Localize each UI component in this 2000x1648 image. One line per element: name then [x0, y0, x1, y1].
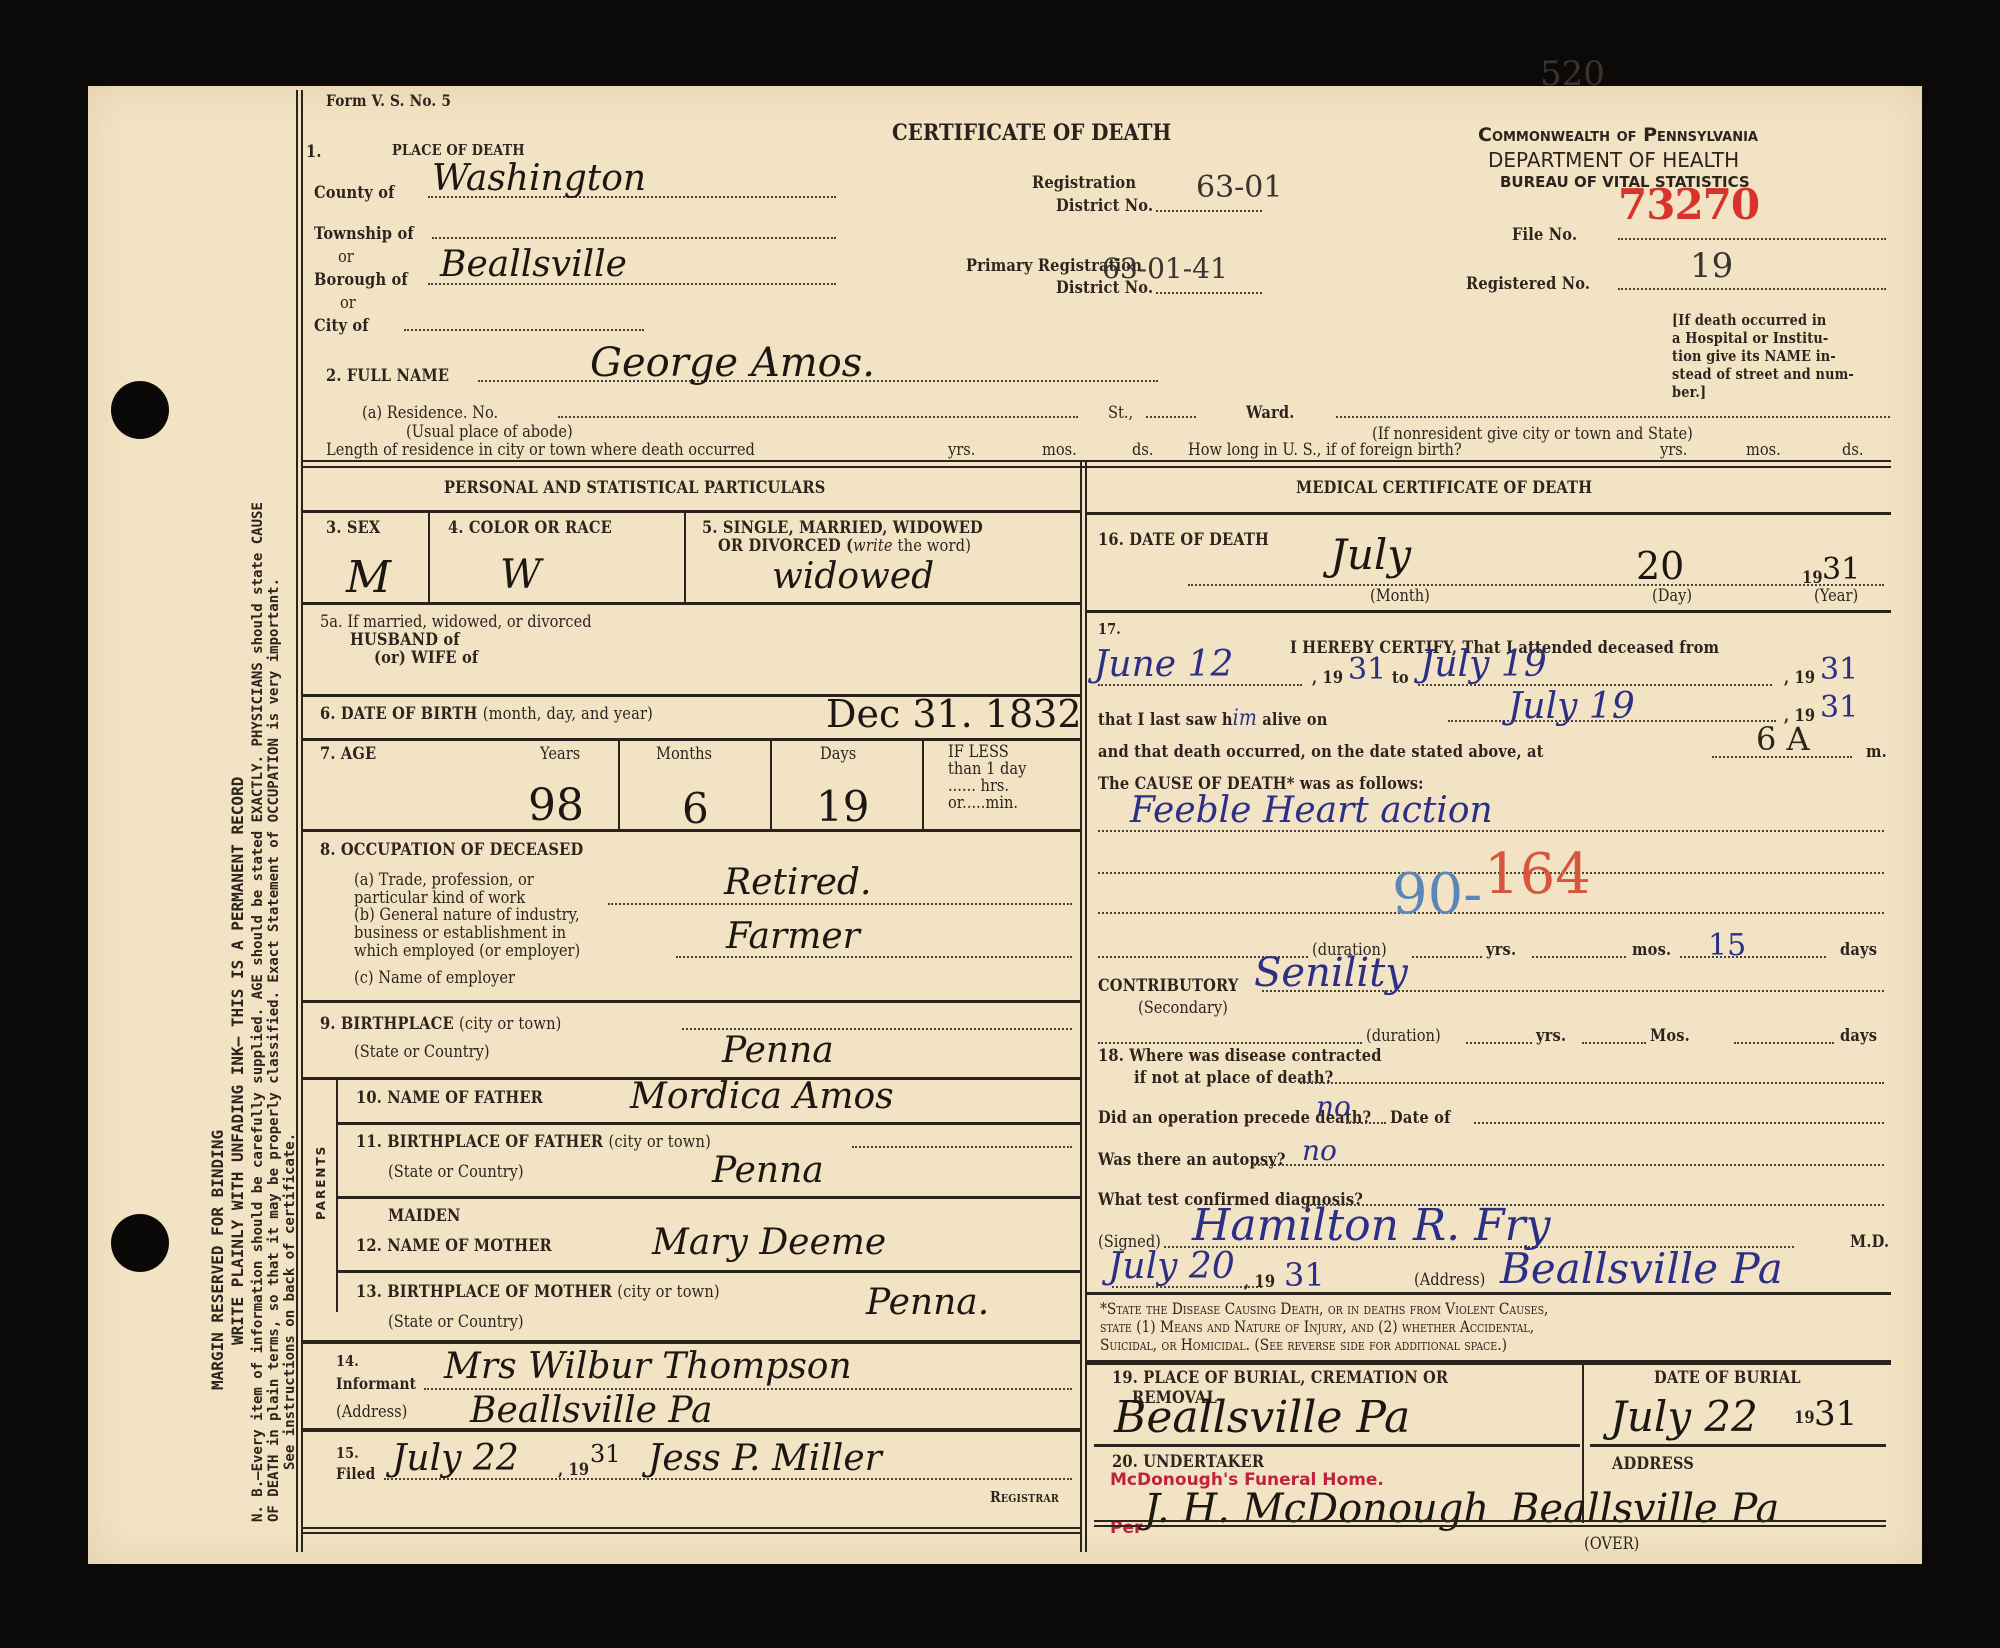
mos-label: Mos.: [1650, 1026, 1690, 1046]
death-time-value[interactable]: 6 A: [1756, 720, 1810, 758]
race-label: 4. COLOR OR RACE: [448, 518, 612, 538]
month-label: (Month): [1370, 586, 1430, 606]
autopsy-value[interactable]: no: [1302, 1134, 1337, 1167]
ward-label: Ward.: [1246, 403, 1295, 423]
yrs-label: yrs.: [1536, 1026, 1566, 1046]
last-saw-date[interactable]: July 19: [1508, 686, 1635, 727]
burial-date-value[interactable]: July 22: [1610, 1392, 1758, 1441]
over-label: (OVER): [1584, 1534, 1639, 1554]
secondary-label: (Secondary): [1138, 998, 1228, 1018]
mos-label: mos.: [1746, 440, 1781, 460]
age-years-label: Years: [540, 744, 580, 764]
annotation-top-number: 520: [1540, 54, 1605, 94]
date-of-death-day[interactable]: 20: [1636, 544, 1684, 588]
primary-district-value[interactable]: 63-01-41: [1102, 252, 1228, 285]
year-prefix: , 19: [1312, 668, 1343, 688]
informant-value[interactable]: Mrs Wilbur Thompson: [444, 1346, 852, 1387]
attended-from-date[interactable]: June 12: [1094, 644, 1233, 685]
mother-birthplace-value[interactable]: Penna.: [866, 1282, 989, 1323]
burial-place-value[interactable]: Beallsville Pa: [1114, 1392, 1410, 1443]
undertaker-address-label: ADDRESS: [1612, 1454, 1694, 1474]
occ-a-label: (a) Trade, profession, or: [354, 870, 534, 890]
cause-duration-days[interactable]: 15: [1708, 928, 1746, 963]
age-months-label: Months: [656, 744, 712, 764]
mother-birthplace-label: 13. BIRTHPLACE OF MOTHER (city or town): [356, 1282, 720, 1302]
file-number-stamp: 73270: [1618, 180, 1759, 229]
ds-label: ds.: [1132, 440, 1154, 460]
father-name-value[interactable]: Mordica Amos: [630, 1076, 894, 1117]
birthplace-state-label: (State or Country): [354, 1042, 490, 1062]
parents-label: PARENTS: [314, 1145, 328, 1220]
attended-to-year[interactable]: 31: [1820, 652, 1858, 687]
registered-no-label: Registered No.: [1466, 274, 1590, 294]
yrs-label: yrs.: [948, 440, 975, 460]
section-number: 15.: [336, 1444, 359, 1462]
filed-year-prefix: , 19: [558, 1460, 589, 1480]
burial-year-value[interactable]: 31: [1814, 1394, 1857, 1434]
document-title: CERTIFICATE OF DEATH: [892, 120, 1171, 146]
occupation-trade-value[interactable]: Retired.: [724, 862, 871, 903]
usual-abode-label: (Usual place of abode): [406, 422, 573, 442]
employer-label: (c) Name of employer: [354, 968, 515, 988]
birthplace-value[interactable]: Penna: [722, 1030, 834, 1071]
age-years-value[interactable]: 98: [528, 780, 584, 831]
age-label: 7. AGE: [320, 744, 376, 764]
attended-from-year[interactable]: 31: [1348, 652, 1386, 687]
days-label: days: [1840, 1026, 1877, 1046]
informant-address-label: (Address): [336, 1402, 407, 1422]
county-label: County of: [314, 183, 395, 203]
punch-hole: [111, 381, 169, 439]
mos-label: mos.: [1632, 940, 1671, 960]
marital-status-label-2: OR DIVORCED (write the word): [718, 536, 971, 556]
signed-date-value[interactable]: July 20: [1108, 1246, 1235, 1287]
autopsy-label: Was there an autopsy?: [1098, 1150, 1286, 1170]
form-number: Form V. S. No. 5: [326, 91, 451, 110]
full-name-value[interactable]: George Amos.: [590, 340, 875, 386]
duration-label: (duration): [1366, 1026, 1441, 1046]
sex-value[interactable]: M: [346, 552, 391, 603]
full-name-label: 2. FULL NAME: [326, 366, 449, 386]
to-label: to: [1392, 668, 1409, 688]
occ-b-label-2: business or establishment in: [354, 923, 566, 943]
days-label: days: [1840, 940, 1877, 960]
personal-particulars-heading: PERSONAL AND STATISTICAL PARTICULARS: [444, 478, 825, 498]
cause-code-red: 164: [1484, 842, 1591, 907]
age-days-value[interactable]: 19: [816, 782, 869, 831]
yrs-label: yrs.: [1486, 940, 1516, 960]
borough-value[interactable]: Beallsville: [440, 244, 627, 285]
date-of-death-label: 16. DATE OF DEATH: [1098, 530, 1269, 550]
year-prefix: , 19: [1784, 668, 1815, 688]
husband-of-label: HUSBAND of: [350, 630, 460, 650]
sex-label: 3. SEX: [326, 518, 380, 538]
last-saw-label: that I last saw him alive on: [1098, 706, 1328, 731]
margin-nb-note: N. B.—Every item of information should b…: [250, 502, 266, 1522]
punch-hole: [111, 1214, 169, 1272]
hospital-note: [If death occurred in a Hospital or Inst…: [1672, 311, 1854, 401]
mother-birthplace-state-label: (State or Country): [388, 1312, 524, 1332]
borough-label: Borough of: [314, 270, 408, 290]
city-label: City of: [314, 316, 369, 336]
spouse-label: 5a. If married, widowed, or divorced: [320, 612, 592, 632]
cause-of-death-value[interactable]: Feeble Heart action: [1130, 790, 1493, 831]
disease-contracted-label-2: if not at place of death?: [1134, 1068, 1333, 1088]
file-no-label: File No.: [1512, 225, 1577, 245]
occ-b-label-3: which employed (or employer): [354, 941, 580, 961]
marital-status-label: 5. SINGLE, MARRIED, WIDOWED: [702, 518, 983, 538]
registration-label: Registration: [1032, 173, 1136, 193]
mos-label: mos.: [1042, 440, 1077, 460]
filed-label: Filed: [336, 1464, 375, 1483]
filed-year-value[interactable]: 31: [590, 1440, 621, 1468]
father-birthplace-value[interactable]: Penna: [712, 1150, 824, 1191]
issuer-commonwealth: Commonwealth of Pennsylvania: [1478, 124, 1758, 146]
dob-value[interactable]: Dec 31. 1832: [826, 692, 1082, 736]
date-of-death-month[interactable]: July: [1330, 530, 1411, 579]
ds-label: ds.: [1842, 440, 1864, 460]
cause-code-blue: 90-: [1392, 862, 1482, 927]
or-label: or: [338, 247, 354, 267]
or-label: or: [340, 293, 356, 313]
registered-no-value[interactable]: 19: [1690, 246, 1733, 286]
section-number: 1.: [306, 142, 322, 162]
year-prefix: 19: [1802, 568, 1823, 588]
county-value[interactable]: Washington: [432, 158, 646, 199]
mother-name-label: 12. NAME OF MOTHER: [356, 1236, 552, 1256]
length-of-residence-label: Length of residence in city or town wher…: [326, 440, 755, 460]
registration-district-value[interactable]: 63-01: [1196, 170, 1282, 205]
mother-name-value[interactable]: Mary Deeme: [652, 1222, 886, 1263]
informant-address-value[interactable]: Beallsville Pa: [470, 1390, 712, 1431]
wife-of-label: (or) WIFE of: [374, 648, 478, 668]
marital-status-value[interactable]: widowed: [772, 556, 934, 597]
less-than-day-label: IF LESS than 1 day ...... hrs. or.....mi…: [948, 744, 1026, 812]
death-time-label: and that death occurred, on the date sta…: [1098, 742, 1544, 762]
registrar-signature[interactable]: Jess P. Miller: [648, 1438, 882, 1479]
day-label: (Day): [1652, 586, 1692, 606]
margin-nb-note-2: OF DEATH in plain terms, so that it may …: [266, 578, 282, 1522]
street-label: St.,: [1108, 403, 1133, 423]
burial-place-label: 19. PLACE OF BURIAL, CREMATION OR: [1112, 1368, 1448, 1388]
m-label: m.: [1866, 742, 1887, 762]
physician-address-label: (Address): [1414, 1270, 1485, 1290]
contributory-value[interactable]: Senility: [1254, 950, 1408, 996]
year-prefix: 19: [1794, 1408, 1815, 1428]
last-saw-year[interactable]: 31: [1820, 690, 1858, 725]
filed-date-value[interactable]: July 22: [392, 1438, 519, 1479]
yrs-label: yrs.: [1660, 440, 1687, 460]
foreign-birth-label: How long in U. S., if of foreign birth?: [1188, 440, 1462, 460]
cause-footnote: *State the Disease Causing Death, or in …: [1100, 1300, 1548, 1354]
md-label: M.D.: [1850, 1232, 1889, 1252]
age-days-label: Days: [820, 744, 856, 764]
physician-signature[interactable]: Hamilton R. Fry: [1192, 1200, 1551, 1251]
occ-b-label: (b) General nature of industry,: [354, 905, 580, 925]
maiden-label: MAIDEN: [388, 1206, 461, 1226]
dob-label: 6. DATE OF BIRTH (month, day, and year): [320, 704, 653, 724]
year-prefix: , 19: [1244, 1272, 1275, 1292]
date-of-death-year[interactable]: 31: [1822, 552, 1860, 587]
race-value[interactable]: W: [500, 552, 541, 598]
burial-date-label: DATE OF BURIAL: [1654, 1368, 1801, 1388]
operation-date-label: Date of: [1390, 1108, 1451, 1128]
father-birthplace-state-label: (State or Country): [388, 1162, 524, 1182]
occupation-industry-value[interactable]: Farmer: [726, 916, 860, 957]
district-no-label: District No.: [1056, 196, 1153, 216]
physician-address-value[interactable]: Beallsville Pa: [1500, 1244, 1783, 1293]
attended-to-date[interactable]: July 19: [1420, 644, 1547, 685]
residence-label: (a) Residence. No.: [362, 403, 498, 423]
registrar-label: Registrar: [990, 1488, 1059, 1506]
section-number: 17.: [1098, 620, 1121, 638]
issuer-department: DEPARTMENT OF HEALTH: [1488, 148, 1739, 172]
township-label: Township of: [314, 224, 414, 244]
place-of-death-heading: PLACE OF DEATH: [392, 141, 525, 159]
undertaker-label: 20. UNDERTAKER: [1112, 1452, 1264, 1472]
signed-year-value[interactable]: 31: [1284, 1256, 1325, 1294]
birthplace-label: 9. BIRTHPLACE (city or town): [320, 1014, 562, 1034]
age-months-value[interactable]: 6: [682, 784, 709, 833]
father-name-label: 10. NAME OF FATHER: [356, 1088, 543, 1108]
margin-ink-note: WRITE PLAINLY WITH UNFADING INK— THIS IS…: [228, 777, 247, 1345]
medical-certificate-heading: MEDICAL CERTIFICATE OF DEATH: [1296, 478, 1592, 498]
operation-value[interactable]: no: [1316, 1090, 1351, 1123]
year-label: (Year): [1814, 586, 1858, 606]
margin-binding-note: MARGIN RESERVED FOR BINDING: [208, 1130, 227, 1390]
father-birthplace-label: 11. BIRTHPLACE OF FATHER (city or town): [356, 1132, 711, 1152]
occupation-label: 8. OCCUPATION OF DECEASED: [320, 840, 583, 860]
section-number: 14.: [336, 1352, 359, 1370]
disease-contracted-label: 18. Where was disease contracted: [1098, 1046, 1382, 1066]
contributory-label: CONTRIBUTORY: [1098, 976, 1239, 996]
informant-label: Informant: [336, 1374, 416, 1393]
